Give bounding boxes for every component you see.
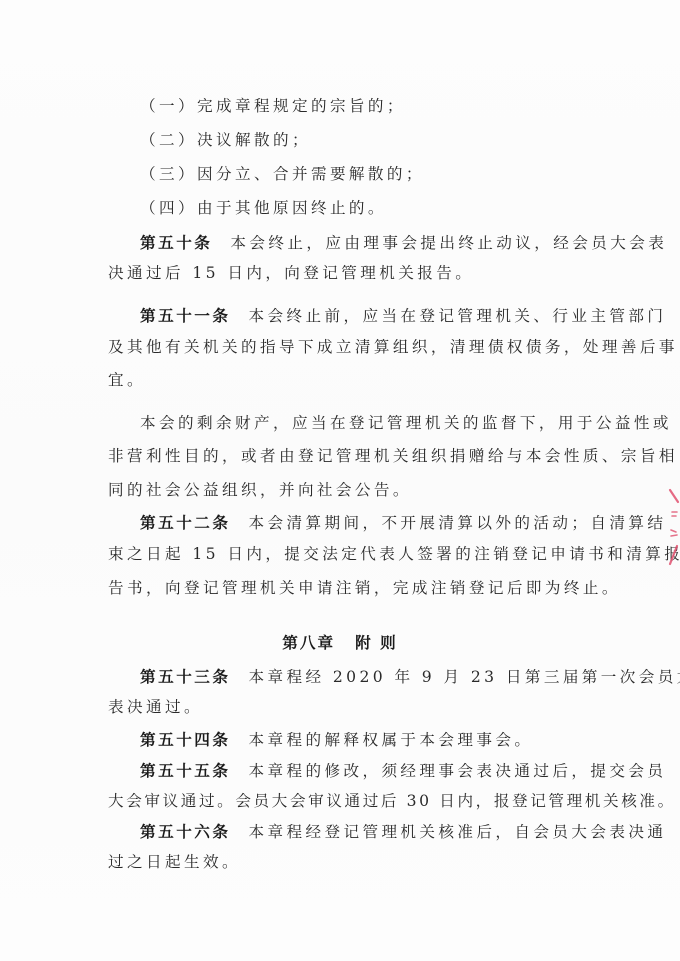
article-52-line-2: 束之日起 15 日内，提交法定代表人签署的注销登记申请书和清算报	[108, 544, 582, 564]
chapter-heading: 第八章附 则	[0, 633, 680, 653]
article-55-line-1: 第五十五条本章程的修改，须经理事会表决通过后，提交会员	[140, 761, 614, 781]
article-55-line-2: 大会审议通过。会员大会审议通过后 30 日内，报登记管理机关核准。	[108, 791, 582, 811]
article-54-label: 第五十四条	[140, 731, 230, 749]
article-51-para2-line-3: 同的社会公益组织，并向社会公告。	[108, 480, 582, 500]
article-51-para2-line-2: 非营利性目的，或者由登记管理机关组织捐赠给与本会性质、宗旨相	[108, 446, 582, 466]
article-56-line-2: 过之日起生效。	[108, 852, 582, 872]
list-item-1: （一）完成章程规定的宗旨的；	[140, 96, 614, 116]
article-53-label: 第五十三条	[140, 668, 230, 686]
article-51-label: 第五十一条	[140, 307, 230, 325]
article-53-line-2: 表决通过。	[108, 697, 582, 717]
article-50-line-2: 决通过后 15 日内，向登记管理机关报告。	[108, 263, 582, 283]
chapter-title: 附 则	[355, 634, 398, 652]
article-55-text-1: 本章程的修改，须经理事会表决通过后，提交会员	[248, 762, 666, 780]
article-56-text-1: 本章程经登记管理机关核准后，自会员大会表决通	[248, 823, 666, 841]
article-52-text-1: 本会清算期间，不开展清算以外的活动；自清算结	[248, 514, 666, 532]
article-54-line-1: 第五十四条本章程的解释权属于本会理事会。	[140, 730, 614, 750]
article-52-label: 第五十二条	[140, 514, 230, 532]
document-page: （一）完成章程规定的宗旨的； （二）决议解散的； （三）因分立、合并需要解散的；…	[0, 0, 680, 961]
article-51-text-1: 本会终止前，应当在登记管理机关、行业主管部门	[248, 307, 666, 325]
article-50-text-1: 本会终止，应由理事会提出终止动议，经会员大会表	[230, 234, 667, 252]
chapter-number: 第八章	[282, 634, 335, 652]
article-50-line-1: 第五十条本会终止，应由理事会提出终止动议，经会员大会表	[140, 233, 614, 253]
article-52-line-1: 第五十二条本会清算期间，不开展清算以外的活动；自清算结	[140, 513, 614, 533]
article-53-line-1: 第五十三条本章程经 2020 年 9 月 23 日第三届第一次会员大会	[140, 667, 614, 687]
article-51-line-1: 第五十一条本会终止前，应当在登记管理机关、行业主管部门	[140, 306, 614, 326]
list-item-3: （三）因分立、合并需要解散的；	[140, 164, 614, 184]
article-51-para2-line-1: 本会的剩余财产，应当在登记管理机关的监督下，用于公益性或	[140, 413, 614, 433]
article-51-line-3: 宜。	[108, 370, 582, 390]
article-50-label: 第五十条	[140, 234, 212, 252]
article-54-text-1: 本章程的解释权属于本会理事会。	[248, 731, 533, 749]
article-51-line-2: 及其他有关机关的指导下成立清算组织，清理债权债务，处理善后事	[108, 337, 582, 357]
article-53-text-1: 本章程经 2020 年 9 月 23 日第三届第一次会员大会	[248, 668, 680, 686]
article-56-label: 第五十六条	[140, 823, 230, 841]
article-52-line-3: 告书，向登记管理机关申请注销，完成注销登记后即为终止。	[108, 578, 582, 598]
list-item-4: （四）由于其他原因终止的。	[140, 198, 614, 218]
seal-stamp-fragment-icon	[664, 488, 680, 568]
article-56-line-1: 第五十六条本章程经登记管理机关核准后，自会员大会表决通	[140, 822, 614, 842]
list-item-2: （二）决议解散的；	[140, 130, 614, 150]
article-55-label: 第五十五条	[140, 762, 230, 780]
